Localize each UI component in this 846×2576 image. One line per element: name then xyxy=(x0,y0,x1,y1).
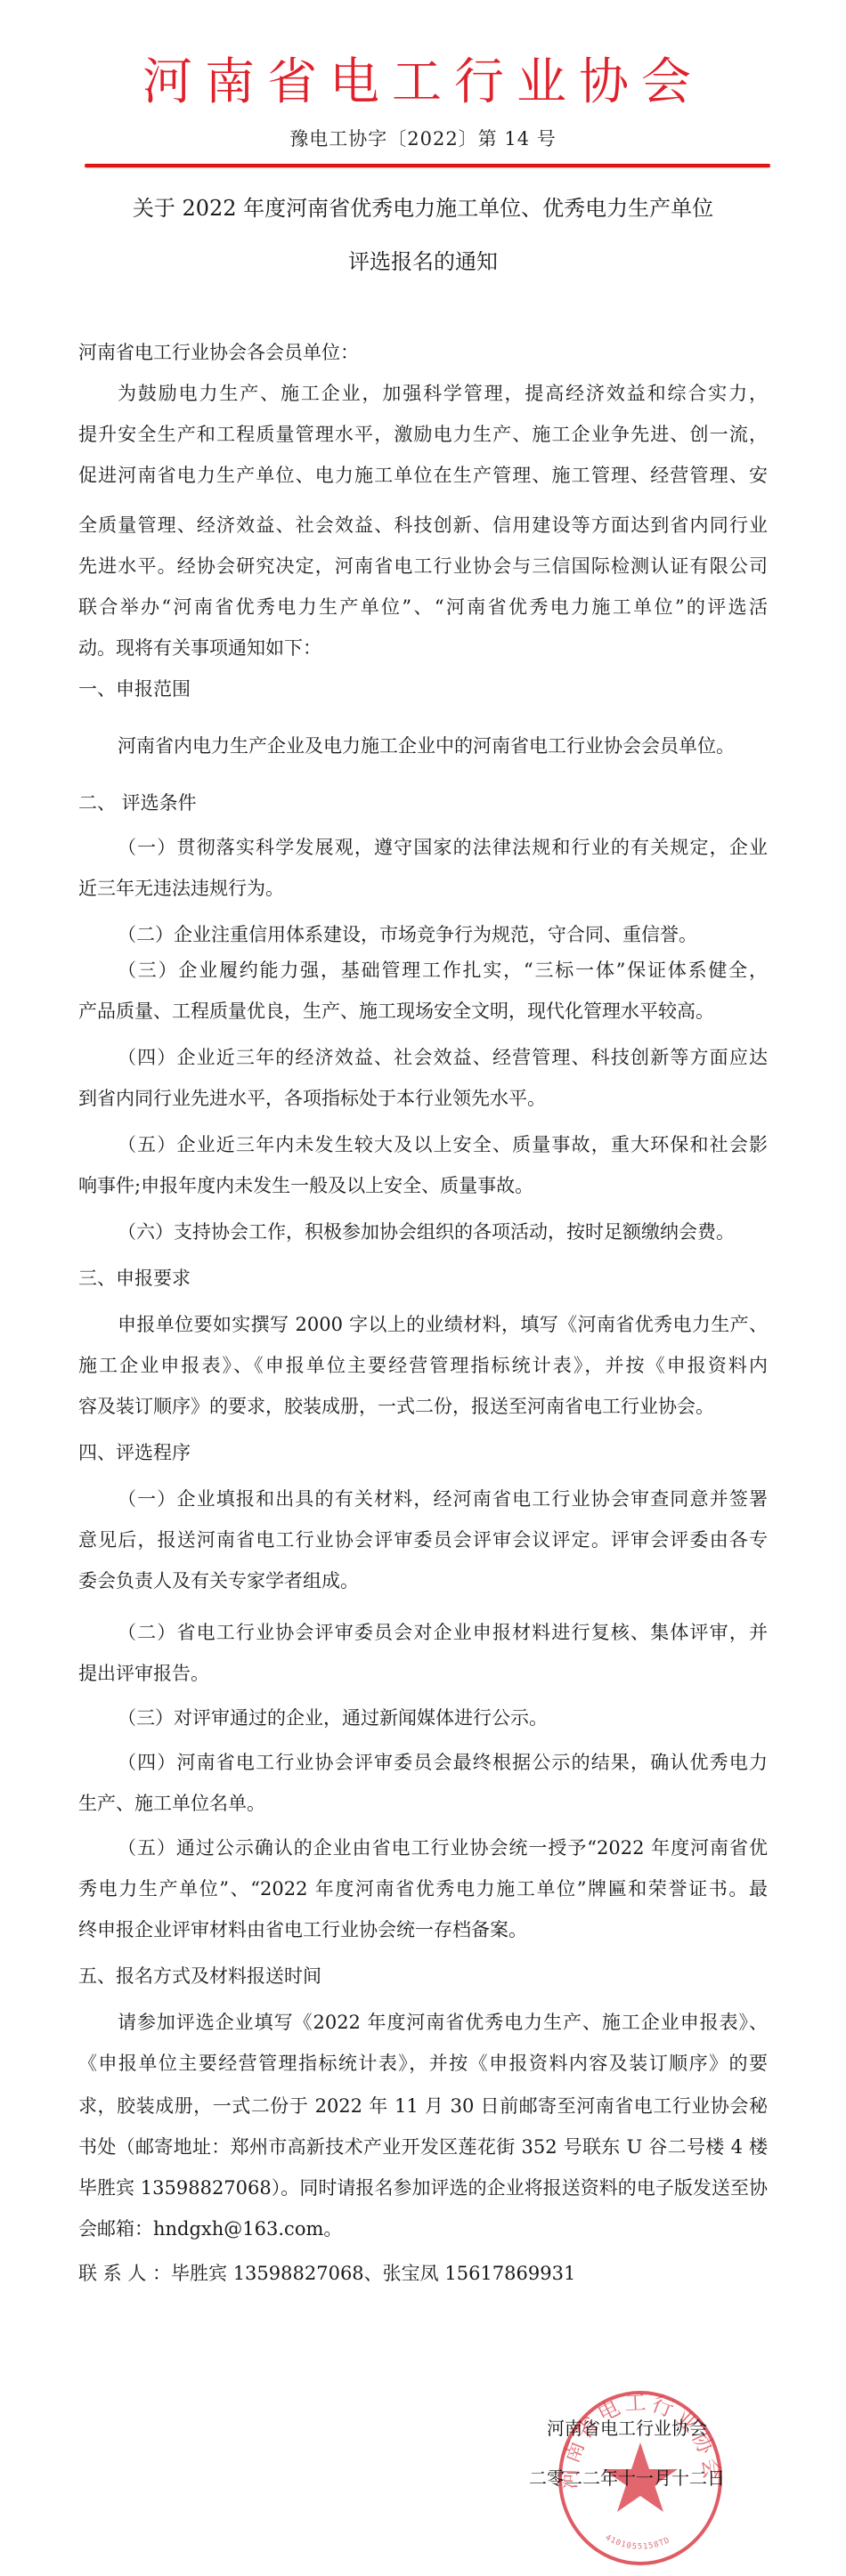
section-line: 《申报单位主要经营管理指标统计表》，并按《申报资料内容及装订顺序》的要 xyxy=(78,2049,768,2076)
notice-title-line-1: 关于 2022 年度河南省优秀电力施工单位、优秀电力生产单位 xyxy=(0,190,846,222)
intro-line: 联合举办“河南省优秀电力生产单位”、“河南省优秀电力施工单位”的评选活 xyxy=(78,593,768,620)
section-line: 求，胶装成册，一式二份于 2022 年 11 月 30 日前邮寄至河南省电工行业… xyxy=(78,2092,768,2118)
section-line: 生产、施工单位名单。 xyxy=(78,1789,265,1816)
signature-organization: 河南省电工行业协会 xyxy=(547,2414,707,2440)
section-line: （六）支持协会工作，积极参加协会组织的各项活动，按时足额缴纳会费。 xyxy=(118,1218,735,1244)
seal-code: 4101055158TD xyxy=(604,2533,672,2552)
section-line: （四）企业近三年的经济效益、社会效益、经营管理、科技创新等方面应达 xyxy=(118,1043,768,1070)
section-heading: 二、 评选条件 xyxy=(78,789,197,815)
section-line: （三）对评审通过的企业，通过新闻媒体进行公示。 xyxy=(118,1704,548,1730)
document-number: 豫电工协字〔2022〕第 14 号 xyxy=(0,125,846,151)
notice-title-line-2: 评选报名的通知 xyxy=(0,244,846,275)
section-line: 到省内同行业先进水平，各项指标处于本行业领先水平。 xyxy=(78,1084,546,1111)
section-line: （四）河南省电工行业协会评审委员会最终根据公示的结果，确认优秀电力 xyxy=(118,1748,768,1775)
red-header-rule xyxy=(85,164,770,167)
intro-line: 提升安全生产和工程质量管理水平，激励电力生产、施工企业争先进、创一流， xyxy=(78,420,768,447)
signature-date: 二零二二年十一月十二日 xyxy=(529,2464,725,2490)
section-line: 终申报企业评审材料由省电工行业协会统一存档备案。 xyxy=(78,1916,527,1942)
section-line: （五）企业近三年内未发生较大及以上安全、质量事故，重大环保和社会影 xyxy=(118,1130,768,1157)
intro-line: 动。现将有关事项通知如下： xyxy=(78,634,321,660)
email-line: 会邮箱：hndgxh@163.com。 xyxy=(78,2215,342,2241)
section-line: 毕胜宾 13598827068）。同时请报名参加评选的企业将报送资料的电子版发送… xyxy=(78,2174,768,2200)
section-heading: 一、申报范围 xyxy=(78,675,191,701)
salutation: 河南省电工行业协会各会员单位： xyxy=(78,338,359,365)
section-line: （一）企业填报和出具的有关材料，经河南省电工行业协会审查同意并签署 xyxy=(118,1485,768,1511)
section-line: 近三年无违法违规行为。 xyxy=(78,874,284,901)
section-line: 河南省内电力生产企业及电力施工企业中的河南省电工行业协会会员单位。 xyxy=(118,732,735,758)
organization-masthead: 河南省电工行业协会 xyxy=(0,43,846,114)
section-heading: 四、评选程序 xyxy=(78,1438,191,1465)
section-line: 施工企业申报表》、《申报单位主要经营管理指标统计表》，并按《申报资料内 xyxy=(78,1351,768,1378)
section-line: 提出评审报告。 xyxy=(78,1659,209,1686)
section-line: 容及装订顺序》的要求，胶装成册，一式二份，报送至河南省电工行业协会。 xyxy=(78,1392,714,1419)
section-line: 产品质量、工程质量优良，生产、施工现场安全文明，现代化管理水平较高。 xyxy=(78,997,714,1024)
section-line: 书处（邮寄地址：郑州市高新技术产业开发区莲花街 352 号联东 U 谷二号楼 4… xyxy=(78,2133,768,2159)
section-line: 委会负责人及有关专家学者组成。 xyxy=(78,1567,359,1593)
section-heading: 三、申报要求 xyxy=(78,1264,191,1291)
section-line: 意见后，报送河南省电工行业协会评审委员会评审会议评定。评审会评委由各专 xyxy=(78,1526,768,1552)
section-line: 秀电力生产单位”、“2022 年度河南省优秀电力施工单位”牌匾和荣誉证书。最 xyxy=(78,1875,768,1901)
section-line: 响事件;申报年度内未发生一般及以上安全、质量事故。 xyxy=(78,1171,533,1198)
section-line: （三）企业履约能力强，基础管理工作扎实，“三标一体”保证体系健全， xyxy=(118,956,768,983)
intro-line: 全质量管理、经济效益、社会效益、科技创新、信用建设等方面达到省内同行业 xyxy=(78,511,768,538)
contact-persons: 联 系 人 ：毕胜宾 13598827068、张宝凤 15617869931 xyxy=(78,2259,575,2286)
intro-line: 为鼓励电力生产、施工企业，加强科学管理，提高经济效益和综合实力， xyxy=(118,379,768,406)
svg-text:4101055158TD: 4101055158TD xyxy=(604,2533,672,2552)
section-line: （一）贯彻落实科学发展观，遵守国家的法律法规和行业的有关规定，企业 xyxy=(118,833,768,860)
section-line: （二）省电工行业协会评审委员会对企业申报材料进行复核、集体评审，并 xyxy=(118,1618,768,1645)
intro-line: 促进河南省电力生产单位、电力施工单位在生产管理、施工管理、经营管理、安 xyxy=(78,461,768,488)
section-line: （二）企业注重信用体系建设，市场竞争行为规范，守合同、重信誉。 xyxy=(118,920,697,947)
section-line: （五）通过公示确认的企业由省电工行业协会统一授予“2022 年度河南省优 xyxy=(118,1834,768,1860)
section-heading: 五、报名方式及材料报送时间 xyxy=(78,1962,321,1989)
section-line: 申报单位要如实撰写 2000 字以上的业绩材料，填写《河南省优秀电力生产、 xyxy=(118,1310,768,1337)
intro-line: 先进水平。经协会研究决定，河南省电工行业协会与三信国际检测认证有限公司 xyxy=(78,552,768,579)
section-line: 请参加评选企业填写《2022 年度河南省优秀电力生产、施工企业申报表》、 xyxy=(118,2008,768,2035)
